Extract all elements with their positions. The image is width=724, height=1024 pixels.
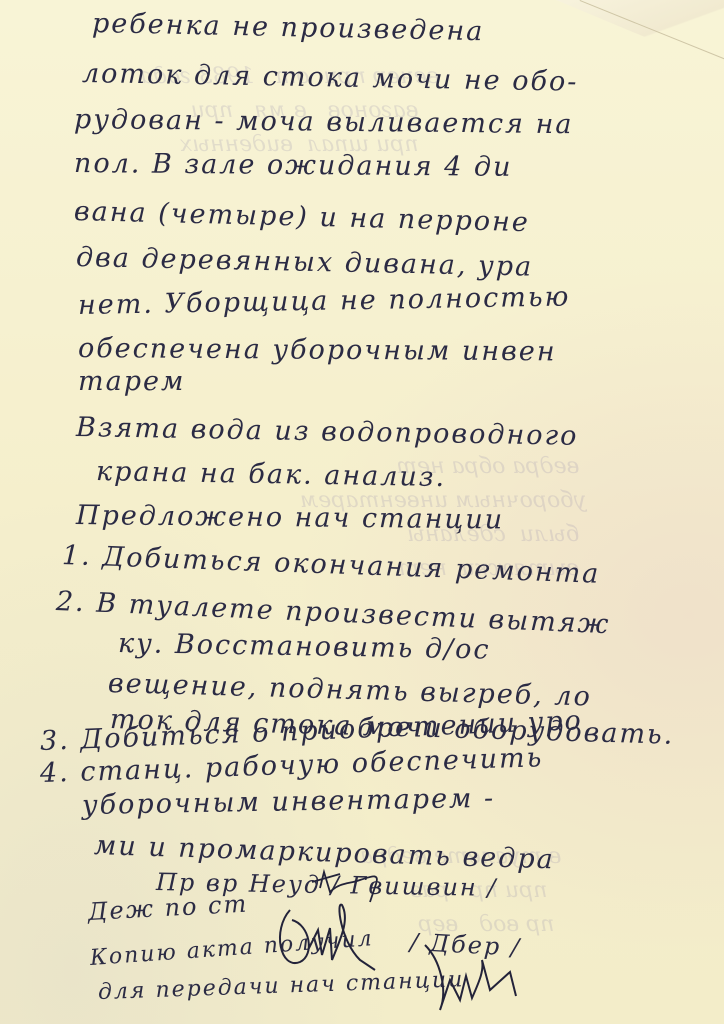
text-line: нет. Уборщица не полностью [78,281,571,321]
text-line: тарем [78,366,185,397]
text-line: два деревянных дивана, ура [76,242,534,283]
text-line: вана (четыре) и на перроне [74,196,531,238]
text-line: рудован - моча выливается на [74,104,574,140]
text-line: пол. В зале ожидания 4 ди [74,148,513,183]
text-line: ребенка не произведена [92,8,485,47]
text-line: обеспечена уборочным инвен [78,333,557,367]
signature-scribble-icon [270,900,380,980]
text-line: Предложено нач станции [76,500,504,535]
paper-page: вечер при от 1983 года вагонов в мя при … [0,0,724,1024]
text-line: уборочным инвентарем - [82,783,496,821]
text-line: ку. Восстановить д/ос [118,628,491,665]
duty-officer-label: Деж по ст [87,890,249,926]
signature-scribble-icon [420,940,530,1020]
text-line: Взята вода из водопроводного [76,412,579,452]
text-line: крана на бак. анализ. [96,456,447,493]
signature-scribble-icon [310,862,400,912]
